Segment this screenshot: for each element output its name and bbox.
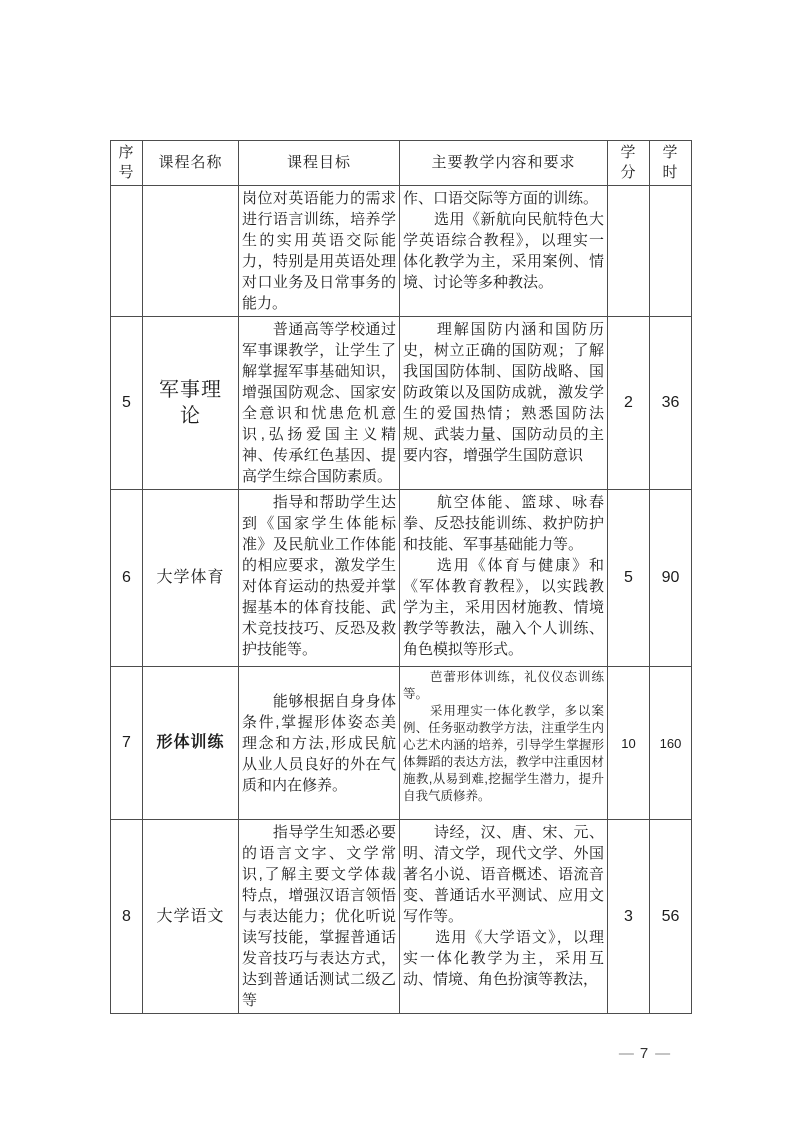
column-header-content-label: 主要教学内容和要求 <box>431 154 575 171</box>
document-page: 序号 课程名称 课程目标 主要教学内容和要求 学分 学时 岗位对英语能力的需求进… <box>0 0 793 1122</box>
cell-credits: 3 <box>608 820 650 1014</box>
cell-course-name: 形体训练 <box>143 667 239 820</box>
footer-dash-left: — <box>612 1045 640 1062</box>
cell-hours: 56 <box>650 820 692 1014</box>
cell-course-goal: 指导学生知悉必要的语言文字、文学常识,了解主要文学体裁特点，增强汉语言领悟与表达… <box>239 820 400 1014</box>
cell-row-number <box>111 186 143 317</box>
cell-row-number: 8 <box>111 820 143 1014</box>
cell-row-number: 7 <box>111 667 143 820</box>
cell-course-content: 作、口语交际等方面的训练。 选用《新航向民航特色大学英语综合教程》，以理实一体化… <box>400 186 608 317</box>
cell-course-content: 诗经，汉、唐、宋、元、明、清文学，现代文学、外国著名小说、语音概述、语流音变、普… <box>400 820 608 1014</box>
cell-course-goal: 能够根据自身身体条件,掌握形体姿态美理念和方法,形成民航从业人员良好的外在气质和… <box>239 667 400 820</box>
cell-course-name: 大学语文 <box>143 820 239 1014</box>
column-header-content: 主要教学内容和要求 <box>400 141 608 186</box>
cell-credits: 2 <box>608 317 650 490</box>
course-table: 序号 课程名称 课程目标 主要教学内容和要求 学分 学时 岗位对英语能力的需求进… <box>110 140 692 1014</box>
table-row: 8 大学语文 指导学生知悉必要的语言文字、文学常识,了解主要文学体裁特点，增强汉… <box>111 820 692 1014</box>
table-row: 7 形体训练 能够根据自身身体条件,掌握形体姿态美理念和方法,形成民航从业人员良… <box>111 667 692 820</box>
column-header-hours-label: 学时 <box>662 143 679 183</box>
cell-course-goal: 普通高等学校通过军事课教学，让学生了解掌握军事基础知识，增强国防观念、国家安全意… <box>239 317 400 490</box>
cell-hours: 36 <box>650 317 692 490</box>
cell-course-content: 航空体能、篮球、咏春拳、反恐技能训练、救护防护和技能、军事基础能力等。 选用《体… <box>400 490 608 667</box>
course-name-label: 军事理论 <box>157 377 225 429</box>
table-row: 岗位对英语能力的需求进行语言训练，培养学生的实用英语交际能力，特别是用英语处理对… <box>111 186 692 317</box>
column-header-credits-label: 学分 <box>620 143 637 183</box>
cell-course-content: 理解国防内涵和国防历史，树立正确的国防观；了解我国国防体制、国防战略、国防政策以… <box>400 317 608 490</box>
page-footer: —7— <box>596 1045 692 1062</box>
column-header-name: 课程名称 <box>143 141 239 186</box>
column-header-name-label: 课程名称 <box>158 154 222 171</box>
cell-course-name <box>143 186 239 317</box>
cell-hours <box>650 186 692 317</box>
footer-dash-right: — <box>648 1045 676 1062</box>
column-header-no: 序号 <box>111 141 143 186</box>
cell-credits: 10 <box>608 667 650 820</box>
column-header-no-label: 序号 <box>118 143 135 183</box>
course-name-label: 大学体育 <box>156 565 224 591</box>
cell-row-number: 5 <box>111 317 143 490</box>
cell-course-goal: 指导和帮助学生达到《国家学生体能标准》及民航业工作体能的相应要求，激发学生对体育… <box>239 490 400 667</box>
cell-course-content: 芭蕾形体训练，礼仪仪态训练等。 采用理实一体化教学，多以案例、任务驱动教学方法，… <box>400 667 608 820</box>
cell-course-goal: 岗位对英语能力的需求进行语言训练，培养学生的实用英语交际能力，特别是用英语处理对… <box>239 186 400 317</box>
column-header-goal-label: 课程目标 <box>287 154 351 171</box>
column-header-goal: 课程目标 <box>239 141 400 186</box>
cell-hours: 160 <box>650 667 692 820</box>
course-name-label: 形体训练 <box>156 730 224 756</box>
cell-row-number: 6 <box>111 490 143 667</box>
table-row: 5 军事理论 普通高等学校通过军事课教学，让学生了解掌握军事基础知识，增强国防观… <box>111 317 692 490</box>
cell-hours: 90 <box>650 490 692 667</box>
cell-credits: 5 <box>608 490 650 667</box>
column-header-credits: 学分 <box>608 141 650 186</box>
cell-course-name: 军事理论 <box>143 317 239 490</box>
page-number: 7 <box>640 1045 648 1062</box>
table-header-row: 序号 课程名称 课程目标 主要教学内容和要求 学分 学时 <box>111 141 692 186</box>
table-row: 6 大学体育 指导和帮助学生达到《国家学生体能标准》及民航业工作体能的相应要求，… <box>111 490 692 667</box>
course-name-label: 大学语文 <box>156 904 224 930</box>
column-header-hours: 学时 <box>650 141 692 186</box>
cell-credits <box>608 186 650 317</box>
cell-course-name: 大学体育 <box>143 490 239 667</box>
